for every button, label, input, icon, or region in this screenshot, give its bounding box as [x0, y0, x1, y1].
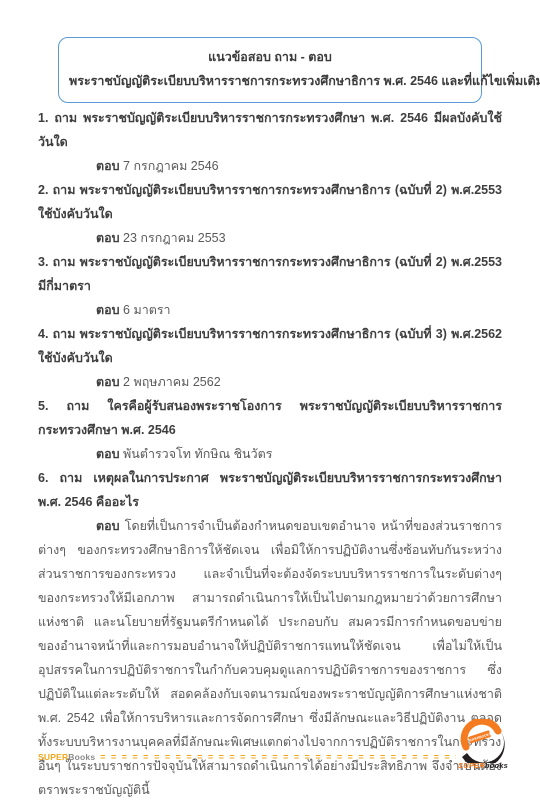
answer-label: ตอบ — [96, 303, 120, 317]
question-text: 1. ถาม พระราชบัญญัติระเบียบบริหารราชการก… — [38, 106, 502, 154]
qa-item: 4. ถาม พระราชบัญญัติระเบียบบริหารราชการก… — [38, 322, 502, 394]
qa-item: 2. ถาม พระราชบัญญัติระเบียบบริหารราชการก… — [38, 178, 502, 250]
answer-text: 7 กรกฎาคม 2546 — [123, 159, 219, 173]
answer-text: 6 มาตรา — [123, 303, 171, 317]
qa-item: 5. ถาม ใครคือผู้รับสนองพระราชโองการ พระร… — [38, 394, 502, 466]
answer-block: ตอบ พันตำรวจโท ทักษิณ ชินวัตร — [38, 442, 502, 466]
answer-text: 2 พฤษภาคม 2562 — [123, 375, 221, 389]
qa-item: 3. ถาม พระราชบัญญัติระเบียบบริหารราชการก… — [38, 250, 502, 322]
question-text: 2. ถาม พระราชบัญญัติระเบียบบริหารราชการก… — [38, 178, 502, 226]
swoosh-logo-icon: SUPERBOOKS — [458, 719, 508, 763]
brand-text-left: SUPERBooks — [38, 752, 95, 762]
brand-books: Books — [68, 752, 95, 762]
page-title: แนวข้อสอบ ถาม - ตอบ — [69, 45, 471, 69]
page-footer: SUPERBooks = = = = = = = = = = = = = = =… — [0, 728, 540, 800]
logo-wordmark: SUPERbooks — [454, 761, 512, 770]
qa-item: 1. ถาม พระราชบัญญัติระเบียบบริหารราชการก… — [38, 106, 502, 178]
brand-super: SUPER — [38, 752, 68, 762]
logo-books: books — [485, 761, 508, 770]
answer-label: ตอบ — [96, 447, 120, 461]
answer-block: ตอบ 6 มาตรา — [38, 298, 502, 322]
question-text: 3. ถาม พระราชบัญญัติระเบียบบริหารราชการก… — [38, 250, 502, 298]
answer-block: ตอบ 2 พฤษภาคม 2562 — [38, 370, 502, 394]
qa-list: 1. ถาม พระราชบัญญัติระเบียบบริหารราชการก… — [38, 106, 502, 800]
question-text: 5. ถาม ใครคือผู้รับสนองพระราชโองการ พระร… — [38, 394, 502, 442]
divider-dashes: = = = = = = = = = = = = = = = = = = = = … — [100, 752, 456, 762]
footer-divider-row: SUPERBooks = = = = = = = = = = = = = = =… — [38, 752, 456, 762]
answer-label: ตอบ — [96, 519, 120, 533]
page-subtitle: พระราชบัญญัติระเบียบบริหารราชการกระทรวงศ… — [69, 69, 471, 93]
answer-label: ตอบ — [96, 375, 120, 389]
answer-block: ตอบ 23 กรกฎาคม 2553 — [38, 226, 502, 250]
document-page: แนวข้อสอบ ถาม - ตอบ พระราชบัญญัติระเบียบ… — [0, 0, 540, 800]
answer-text: 23 กรกฎาคม 2553 — [123, 231, 226, 245]
answer-block: ตอบ 7 กรกฎาคม 2546 — [38, 154, 502, 178]
answer-label: ตอบ — [96, 159, 120, 173]
question-text: 6. ถาม เหตุผลในการประกาศ พระราชบัญญัติระ… — [38, 466, 502, 514]
header-box: แนวข้อสอบ ถาม - ตอบ พระราชบัญญัติระเบียบ… — [58, 37, 482, 103]
question-text: 4. ถาม พระราชบัญญัติระเบียบบริหารราชการก… — [38, 322, 502, 370]
answer-label: ตอบ — [96, 231, 120, 245]
logo-super: SUPER — [458, 761, 485, 770]
superbooks-logo: SUPERBOOKS SUPERbooks — [454, 719, 512, 770]
answer-text: พันตำรวจโท ทักษิณ ชินวัตร — [123, 447, 272, 461]
